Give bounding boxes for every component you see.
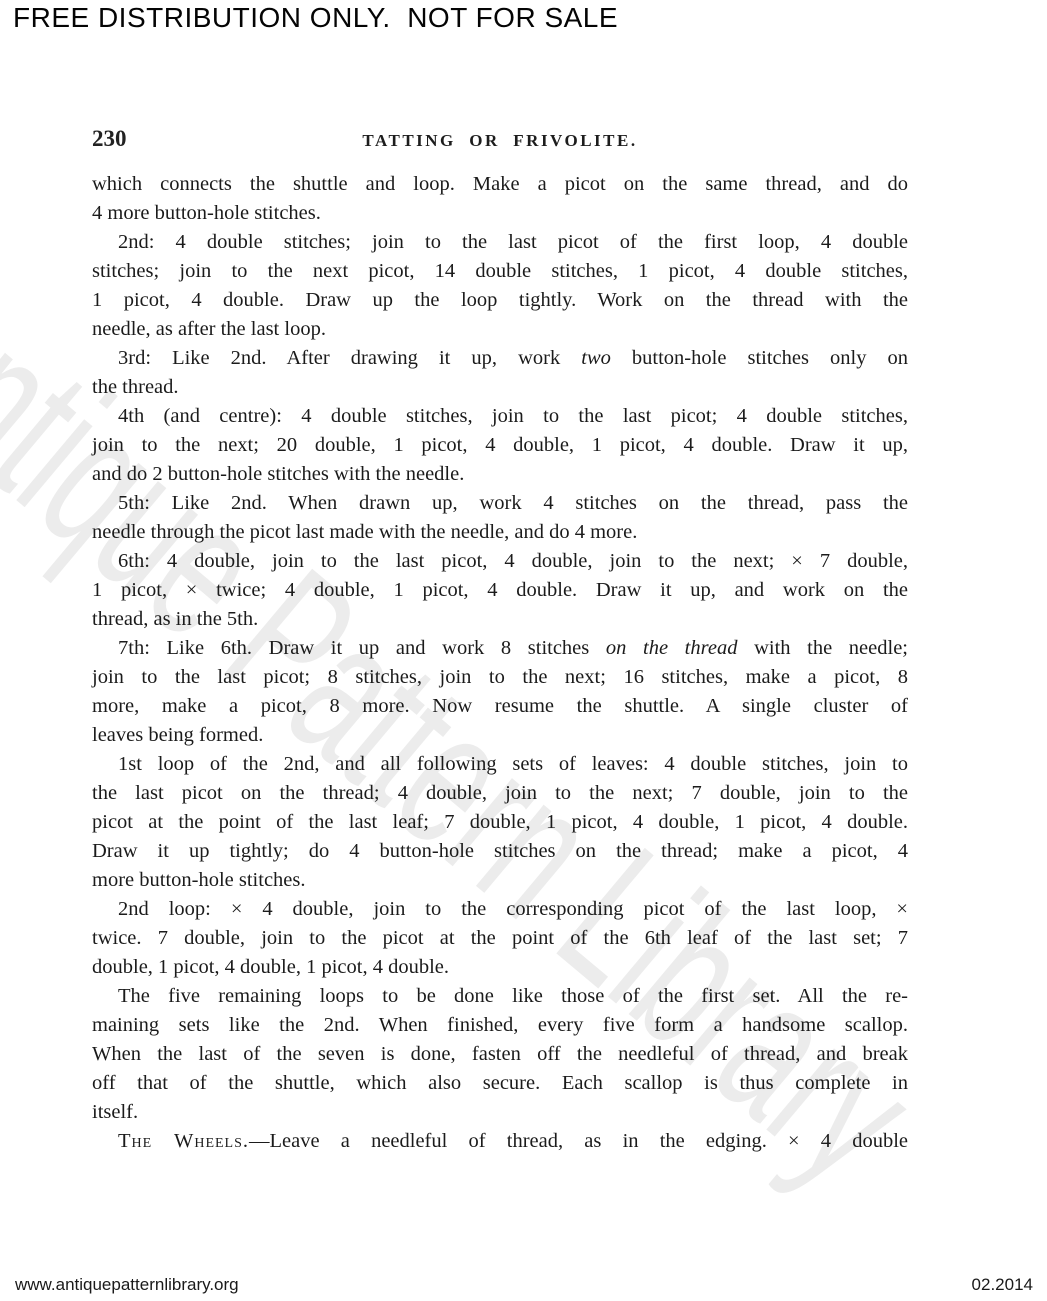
text-line: more, make a picot, 8 more. Now resume t… (92, 692, 908, 721)
paragraph: The five remaining loops to be done like… (92, 982, 908, 1127)
text-segment: join to the next; 20 double, 1 picot, 4 … (92, 434, 908, 456)
text-line: Draw it up tightly; do 4 button-hole sti… (92, 837, 908, 866)
text-segment: the thread. (92, 376, 179, 398)
text-segment: 4 more button-hole stitches. (92, 202, 321, 224)
paragraph: 7th: Like 6th. Draw it up and work 8 sti… (92, 634, 908, 750)
text-line: the thread. (92, 373, 908, 402)
paragraph: 1st loop of the 2nd, and all following s… (92, 750, 908, 895)
text-line: needle, as after the last loop. (92, 315, 908, 344)
text-segment: needle through the picot last made with … (92, 521, 637, 543)
text-line: 7th: Like 6th. Draw it up and work 8 sti… (92, 634, 908, 663)
text-line: join to the next; 20 double, 1 picot, 4 … (92, 431, 908, 460)
paragraph: which connects the shuttle and loop. Mak… (92, 170, 908, 228)
text-segment: more button-hole stitches. (92, 869, 306, 891)
text-segment: which connects the shuttle and loop. Mak… (92, 173, 908, 195)
text-segment: itself. (92, 1101, 138, 1123)
text-segment: leaves being formed. (92, 724, 263, 746)
text-line: twice. 7 double, join to the picot at th… (92, 924, 908, 953)
text-line: itself. (92, 1098, 908, 1127)
footer-date: 02.2014 (972, 1275, 1033, 1295)
text-line: and do 2 button-hole stitches with the n… (92, 460, 908, 489)
paragraph: 2nd: 4 double stitches; join to the last… (92, 228, 908, 344)
paragraph: 2nd loop: × 4 double, join to the corres… (92, 895, 908, 982)
text-line: 3rd: Like 2nd. After drawing it up, work… (92, 344, 908, 373)
text-line: 5th: Like 2nd. When drawn up, work 4 sti… (92, 489, 908, 518)
text-line: the last picot on the thread; 4 double, … (92, 779, 908, 808)
text-line: picot at the point of the last leaf; 7 d… (92, 808, 908, 837)
text-segment: 6th: 4 double, join to the last picot, 4… (118, 550, 908, 572)
text-line: The five remaining loops to be done like… (92, 982, 908, 1011)
scanned-book-page: FREE DISTRIBUTION ONLY. NOT FOR SALE Ant… (0, 0, 1047, 1301)
smallcaps-text: The Wheels. (118, 1130, 249, 1152)
text-line: The Wheels.—Leave a needleful of thread,… (92, 1127, 908, 1156)
text-segment: 1 picot, 4 double. Draw up the loop tigh… (92, 289, 908, 311)
text-line: double, 1 picot, 4 double, 1 picot, 4 do… (92, 953, 908, 982)
text-segment: thread, as in the 5th. (92, 608, 258, 630)
text-segment: 7th: Like 6th. Draw it up and work 8 sti… (118, 637, 606, 659)
text-segment: —Leave a needleful of thread, as in the … (249, 1130, 908, 1152)
text-line: 4th (and centre): 4 double stitches, joi… (92, 402, 908, 431)
text-line: maining sets like the 2nd. When finished… (92, 1011, 908, 1040)
paragraph: 3rd: Like 2nd. After drawing it up, work… (92, 344, 908, 402)
text-segment: When the last of the seven is done, fast… (92, 1043, 908, 1065)
paragraph: The Wheels.—Leave a needleful of thread,… (92, 1127, 908, 1156)
text-line: leaves being formed. (92, 721, 908, 750)
text-segment: more, make a picot, 8 more. Now resume t… (92, 695, 908, 717)
text-segment: 3rd: Like 2nd. After drawing it up, work (118, 347, 581, 369)
text-line: more button-hole stitches. (92, 866, 908, 895)
text-segment: double, 1 picot, 4 double, 1 picot, 4 do… (92, 956, 449, 978)
italic-text: two (581, 347, 611, 369)
text-segment: 2nd loop: × 4 double, join to the corres… (118, 898, 908, 920)
text-line: 1st loop of the 2nd, and all following s… (92, 750, 908, 779)
distribution-banner: FREE DISTRIBUTION ONLY. NOT FOR SALE (13, 2, 618, 34)
footer-url: www.antiquepatternlibrary.org (15, 1275, 239, 1295)
text-line: 6th: 4 double, join to the last picot, 4… (92, 547, 908, 576)
text-line: 2nd: 4 double stitches; join to the last… (92, 228, 908, 257)
paragraph: 5th: Like 2nd. When drawn up, work 4 sti… (92, 489, 908, 547)
body-text: which connects the shuttle and loop. Mak… (92, 170, 908, 1156)
text-line: needle through the picot last made with … (92, 518, 908, 547)
text-segment: 2nd: 4 double stitches; join to the last… (118, 231, 908, 253)
text-line: 4 more button-hole stitches. (92, 199, 908, 228)
text-segment: picot at the point of the last leaf; 7 d… (92, 811, 908, 833)
text-segment: off that of the shuttle, which also secu… (92, 1072, 908, 1094)
text-line: stitches; join to the next picot, 14 dou… (92, 257, 908, 286)
text-line: which connects the shuttle and loop. Mak… (92, 170, 908, 199)
text-line: join to the last picot; 8 stitches, join… (92, 663, 908, 692)
text-line: 1 picot, × twice; 4 double, 1 picot, 4 d… (92, 576, 908, 605)
text-segment: 1st loop of the 2nd, and all following s… (118, 753, 908, 775)
text-segment: 1 picot, × twice; 4 double, 1 picot, 4 d… (92, 579, 908, 601)
text-segment: stitches; join to the next picot, 14 dou… (92, 260, 908, 282)
text-segment: and do 2 button-hole stitches with the n… (92, 463, 464, 485)
text-segment: needle, as after the last loop. (92, 318, 326, 340)
text-line: off that of the shuttle, which also secu… (92, 1069, 908, 1098)
text-line: 1 picot, 4 double. Draw up the loop tigh… (92, 286, 908, 315)
footer: www.antiquepatternlibrary.org 02.2014 (15, 1275, 1033, 1295)
text-line: When the last of the seven is done, fast… (92, 1040, 908, 1069)
text-segment: The five remaining loops to be done like… (118, 985, 908, 1007)
text-segment: maining sets like the 2nd. When finished… (92, 1014, 908, 1036)
italic-text: on the thread (606, 637, 738, 659)
text-segment: with the needle; (737, 637, 908, 659)
paragraph: 4th (and centre): 4 double stitches, joi… (92, 402, 908, 489)
text-segment: Draw it up tightly; do 4 button-hole sti… (92, 840, 908, 862)
text-segment: join to the last picot; 8 stitches, join… (92, 666, 908, 688)
text-segment: twice. 7 double, join to the picot at th… (92, 927, 908, 949)
text-segment: 4th (and centre): 4 double stitches, joi… (118, 405, 908, 427)
text-segment: 5th: Like 2nd. When drawn up, work 4 sti… (118, 492, 908, 514)
running-head: TATTING OR FRIVOLITE. (92, 131, 908, 151)
text-segment: button-hole stitches only on (611, 347, 908, 369)
text-segment: the last picot on the thread; 4 double, … (92, 782, 908, 804)
text-line: thread, as in the 5th. (92, 605, 908, 634)
paragraph: 6th: 4 double, join to the last picot, 4… (92, 547, 908, 634)
text-line: 2nd loop: × 4 double, join to the corres… (92, 895, 908, 924)
